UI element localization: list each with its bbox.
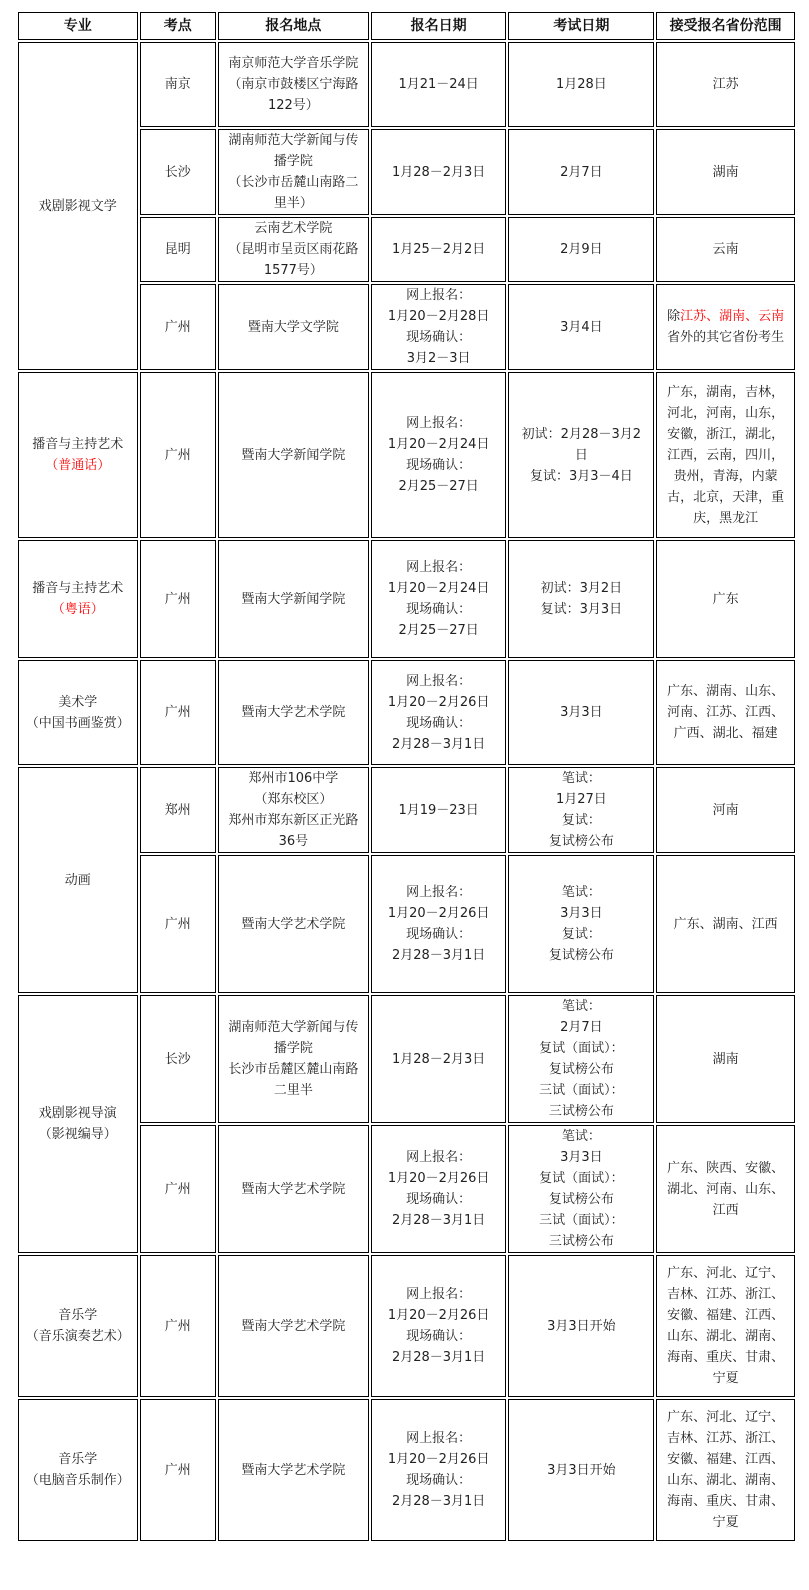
cell-accepted-provinces: 除江苏、湖南、云南省外的其它省份考生 [656, 284, 795, 370]
cell-accepted-provinces-line: 广东、湖南、江西 [663, 914, 788, 935]
cell-major: 播音与主持艺术（粤语） [18, 540, 138, 658]
cell-registration-date-line: 网上报名： [378, 882, 500, 903]
cell-registration-date: 1月19－23日 [371, 767, 507, 853]
cell-registration-date-line: 2月28－3月1日 [378, 1210, 500, 1231]
cell-registration-date-line: 1月20－2月26日 [378, 1168, 500, 1189]
cell-registration-date-line: 现场确认： [378, 1189, 500, 1210]
cell-registration-date: 网上报名：1月20－2月26日现场确认：2月28－3月1日 [371, 855, 507, 993]
exam-schedule-table: 专业 考点 报名地点 报名日期 考试日期 接受报名省份范围 戏剧影视文学南京南京… [16, 10, 797, 1543]
cell-registration-date-line: 1月19－23日 [378, 800, 500, 821]
cell-registration-date-line: 2月28－3月1日 [378, 1347, 500, 1368]
cell-exam-date-line: 复试榜公布 [515, 1189, 647, 1210]
cell-exam-date-line: 2月7日 [515, 162, 647, 183]
cell-registration-date-line: 1月25－2月2日 [378, 239, 500, 260]
cell-accepted-provinces-line: 江苏 [663, 74, 788, 95]
cell-site: 南京 [140, 42, 216, 127]
cell-accepted-provinces: 广东 [656, 540, 795, 658]
cell-site: 长沙 [140, 995, 216, 1123]
cell-exam-date-line: 3月3日 [515, 903, 647, 924]
major-line: 美术学 [25, 692, 131, 713]
major-line: 播音与主持艺术 [25, 434, 131, 455]
cell-exam-date-line: 笔试： [515, 768, 647, 789]
cell-registration-place-line: （昆明市呈贡区雨花路1577号） [225, 239, 362, 281]
cell-exam-date: 笔试：3月3日复试（面试）：复试榜公布三试（面试）：三试榜公布 [508, 1125, 654, 1253]
cell-registration-place-line: 暨南大学艺术学院 [225, 1316, 362, 1337]
cell-exam-date-line: 复试榜公布 [515, 945, 647, 966]
major-line: （中国书画鉴赏） [25, 713, 131, 734]
header-registration-place: 报名地点 [218, 12, 369, 40]
cell-registration-date: 网上报名：1月20－2月26日现场确认：2月28－3月1日 [371, 1399, 507, 1541]
cell-registration-place-line: 暨南大学艺术学院 [225, 1460, 362, 1481]
cell-registration-date-line: 现场确认： [378, 713, 500, 734]
major-line: 动画 [25, 870, 131, 891]
cell-registration-date-line: 网上报名： [378, 671, 500, 692]
cell-registration-date-line: 现场确认： [378, 1326, 500, 1347]
major-line: （电脑音乐制作） [25, 1470, 131, 1491]
cell-registration-place: 暨南大学艺术学院 [218, 1255, 369, 1397]
cell-accepted-provinces-line: 广东、河北、辽宁、吉林、江苏、浙江、安徽、福建、江西、山东、湖北、湖南、海南、重… [663, 1263, 788, 1389]
cell-major: 戏剧影视文学 [18, 42, 138, 370]
cell-registration-date-line: 网上报名： [378, 1284, 500, 1305]
cell-exam-date-line: 复试（面试）： [515, 1038, 647, 1059]
cell-registration-date: 1月28－2月3日 [371, 129, 507, 215]
cell-exam-date: 3月3日 [508, 660, 654, 765]
cell-registration-place: 暨南大学艺术学院 [218, 1399, 369, 1541]
cell-registration-place-line: （郑东校区） [225, 789, 362, 810]
cell-registration-place-line: 郑州市106中学 [225, 768, 362, 789]
cell-registration-date-line: 现场确认： [378, 327, 500, 348]
cell-registration-place-line: （长沙市岳麓山南路二里半） [225, 172, 362, 214]
cell-exam-date: 初试：3月2日复试：3月3日 [508, 540, 654, 658]
cell-registration-date-line: 网上报名： [378, 1428, 500, 1449]
cell-site: 广州 [140, 1399, 216, 1541]
cell-accepted-provinces-line: 云南 [663, 239, 788, 260]
major-line: （影视编导） [25, 1124, 131, 1145]
cell-registration-date-line: 1月20－2月26日 [378, 692, 500, 713]
cell-registration-date: 1月21－24日 [371, 42, 507, 127]
cell-registration-date: 1月25－2月2日 [371, 217, 507, 282]
cell-major: 播音与主持艺术（普通话） [18, 372, 138, 538]
cell-accepted-provinces: 湖南 [656, 995, 795, 1123]
cell-registration-date-line: 1月20－2月24日 [378, 578, 500, 599]
cell-registration-place: 南京师范大学音乐学院（南京市鼓楼区宁海路122号） [218, 42, 369, 127]
cell-exam-date-line: 2月7日 [515, 1017, 647, 1038]
table-row: 音乐学（音乐演奏艺术）广州暨南大学艺术学院网上报名：1月20－2月26日现场确认… [18, 1255, 795, 1397]
cell-registration-place-line: 暨南大学新闻学院 [225, 445, 362, 466]
cell-accepted-provinces: 广东、河北、辽宁、吉林、江苏、浙江、安徽、福建、江西、山东、湖北、湖南、海南、重… [656, 1399, 795, 1541]
cell-site: 广州 [140, 372, 216, 538]
cell-accepted-provinces: 河南 [656, 767, 795, 853]
cell-accepted-provinces-line: 湖南 [663, 1049, 788, 1070]
major-line: 音乐学 [25, 1449, 131, 1470]
cell-registration-date-line: 2月28－3月1日 [378, 734, 500, 755]
cell-registration-date-line: 1月20－2月24日 [378, 434, 500, 455]
cell-accepted-provinces: 云南 [656, 217, 795, 282]
cell-registration-date-line: 1月28－2月3日 [378, 162, 500, 183]
cell-accepted-provinces-line: 湖南 [663, 162, 788, 183]
cell-registration-date: 1月28－2月3日 [371, 995, 507, 1123]
major-line: 戏剧影视导演 [25, 1103, 131, 1124]
table-row: 播音与主持艺术（普通话）广州暨南大学新闻学院网上报名：1月20－2月24日现场确… [18, 372, 795, 538]
cell-registration-place: 暨南大学艺术学院 [218, 1125, 369, 1253]
cell-exam-date-line: 复试（面试）： [515, 1168, 647, 1189]
cell-registration-date-line: 网上报名： [378, 413, 500, 434]
header-row: 专业 考点 报名地点 报名日期 考试日期 接受报名省份范围 [18, 12, 795, 40]
cell-site: 广州 [140, 284, 216, 370]
cell-registration-date-line: 2月28－3月1日 [378, 945, 500, 966]
cell-registration-place-line: 云南艺术学院 [225, 218, 362, 239]
major-line: 音乐学 [25, 1305, 131, 1326]
table-row: 动画郑州郑州市106中学（郑东校区）郑州市郑东新区正光路36号1月19－23日笔… [18, 767, 795, 853]
cell-accepted-provinces: 广东、陕西、安徽、湖北、河南、山东、江西 [656, 1125, 795, 1253]
cell-registration-date-line: 现场确认： [378, 599, 500, 620]
cell-exam-date: 1月28日 [508, 42, 654, 127]
cell-exam-date-line: 3月3日 [515, 1147, 647, 1168]
cell-exam-date-line: 初试：3月2日 [515, 578, 647, 599]
cell-registration-date: 网上报名：1月20－2月26日现场确认：2月28－3月1日 [371, 1255, 507, 1397]
cell-exam-date-line: 笔试： [515, 996, 647, 1017]
cell-exam-date-line: 3月3日开始 [515, 1316, 647, 1337]
cell-exam-date: 笔试：1月27日复试：复试榜公布 [508, 767, 654, 853]
major-line: 播音与主持艺术 [25, 578, 131, 599]
cell-registration-date-line: 网上报名： [378, 285, 500, 306]
cell-major: 戏剧影视导演（影视编导） [18, 995, 138, 1253]
cell-exam-date-line: 复试：3月3日 [515, 599, 647, 620]
cell-accepted-provinces-line: 河南 [663, 800, 788, 821]
cell-registration-place: 湖南师范大学新闻与传播学院长沙市岳麓区麓山南路二里半 [218, 995, 369, 1123]
cell-accepted-provinces-line: 广东，湖南，吉林，河北，河南，山东，安徽，浙江，湖北，江西，云南，四川，贵州，青… [663, 382, 788, 529]
cell-exam-date-line: 笔试： [515, 1126, 647, 1147]
cell-registration-date-line: 网上报名： [378, 1147, 500, 1168]
cell-registration-date: 网上报名：1月20－2月24日现场确认：2月25－27日 [371, 540, 507, 658]
cell-exam-date-line: 复试榜公布 [515, 831, 647, 852]
cell-exam-date-line: 三试榜公布 [515, 1101, 647, 1122]
cell-accepted-provinces: 广东、湖南、山东、河南、江苏、江西、广西、湖北、福建 [656, 660, 795, 765]
cell-major: 美术学（中国书画鉴赏） [18, 660, 138, 765]
cell-accepted-provinces: 湖南 [656, 129, 795, 215]
header-major: 专业 [18, 12, 138, 40]
cell-site: 广州 [140, 660, 216, 765]
cell-registration-date-line: 1月20－2月26日 [378, 1305, 500, 1326]
cell-registration-place: 暨南大学新闻学院 [218, 540, 369, 658]
major-line: 戏剧影视文学 [25, 196, 131, 217]
cell-registration-place-line: 湖南师范大学新闻与传播学院 [225, 130, 362, 172]
cell-registration-date-line: 1月28－2月3日 [378, 1049, 500, 1070]
cell-exam-date-line: 三试榜公布 [515, 1231, 647, 1252]
cell-registration-date-line: 1月21－24日 [378, 74, 500, 95]
cell-exam-date-line: 三试（面试）： [515, 1210, 647, 1231]
cell-registration-place-line: 南京师范大学音乐学院 [225, 53, 362, 74]
header-accepted-provinces: 接受报名省份范围 [656, 12, 795, 40]
cell-exam-date-line: 复试： [515, 810, 647, 831]
cell-exam-date-line: 复试榜公布 [515, 1059, 647, 1080]
cell-registration-place-line: 暨南大学艺术学院 [225, 702, 362, 723]
cell-exam-date: 3月3日开始 [508, 1399, 654, 1541]
cell-accepted-provinces-line: 广东 [663, 589, 788, 610]
cell-exam-date-line: 三试（面试）： [515, 1080, 647, 1101]
cell-registration-date-line: 2月25－27日 [378, 476, 500, 497]
cell-registration-place-line: 湖南师范大学新闻与传播学院 [225, 1017, 362, 1059]
cell-exam-date-line: 复试：3月3－4日 [515, 466, 647, 487]
cell-registration-place-line: 暨南大学艺术学院 [225, 914, 362, 935]
cell-site: 广州 [140, 1125, 216, 1253]
cell-exam-date-line: 1月27日 [515, 789, 647, 810]
cell-accepted-provinces: 广东、河北、辽宁、吉林、江苏、浙江、安徽、福建、江西、山东、湖北、湖南、海南、重… [656, 1255, 795, 1397]
cell-exam-date: 3月4日 [508, 284, 654, 370]
cell-exam-date: 2月9日 [508, 217, 654, 282]
cell-site: 昆明 [140, 217, 216, 282]
provinces-prefix: 除 [667, 309, 680, 324]
cell-site: 广州 [140, 540, 216, 658]
cell-accepted-provinces-line: 广东、河北、辽宁、吉林、江苏、浙江、安徽、福建、江西、山东、湖北、湖南、海南、重… [663, 1407, 788, 1533]
cell-registration-date: 网上报名：1月20－2月28日现场确认：3月2－3日 [371, 284, 507, 370]
cell-registration-date-line: 2月25－27日 [378, 620, 500, 641]
major-note: （粤语） [25, 599, 131, 620]
cell-registration-date-line: 现场确认： [378, 924, 500, 945]
cell-accepted-provinces: 广东、湖南、江西 [656, 855, 795, 993]
cell-exam-date: 2月7日 [508, 129, 654, 215]
cell-major: 音乐学（电脑音乐制作） [18, 1399, 138, 1541]
cell-site: 广州 [140, 1255, 216, 1397]
cell-registration-place-line: （南京市鼓楼区宁海路122号） [225, 74, 362, 116]
cell-registration-date-line: 网上报名： [378, 557, 500, 578]
cell-accepted-provinces-line: 广东、陕西、安徽、湖北、河南、山东、江西 [663, 1158, 788, 1221]
cell-exam-date: 3月3日开始 [508, 1255, 654, 1397]
table-row: 美术学（中国书画鉴赏）广州暨南大学艺术学院网上报名：1月20－2月26日现场确认… [18, 660, 795, 765]
cell-registration-date: 网上报名：1月20－2月24日现场确认：2月25－27日 [371, 372, 507, 538]
cell-site: 郑州 [140, 767, 216, 853]
cell-registration-date: 网上报名：1月20－2月26日现场确认：2月28－3月1日 [371, 1125, 507, 1253]
cell-major: 音乐学（音乐演奏艺术） [18, 1255, 138, 1397]
header-registration-date: 报名日期 [371, 12, 507, 40]
cell-exam-date: 笔试：2月7日复试（面试）：复试榜公布三试（面试）：三试榜公布 [508, 995, 654, 1123]
cell-registration-place: 暨南大学艺术学院 [218, 660, 369, 765]
table-row: 播音与主持艺术（粤语）广州暨南大学新闻学院网上报名：1月20－2月24日现场确认… [18, 540, 795, 658]
provinces-suffix: 省外的其它省份考生 [667, 330, 784, 345]
cell-registration-date-line: 3月2－3日 [378, 348, 500, 369]
cell-exam-date-line: 3月3日 [515, 702, 647, 723]
table-row: 戏剧影视文学南京南京师范大学音乐学院（南京市鼓楼区宁海路122号）1月21－24… [18, 42, 795, 127]
cell-exam-date-line: 初试：2月28－3月2日 [515, 424, 647, 466]
cell-registration-place-line: 暨南大学文学院 [225, 317, 362, 338]
cell-exam-date-line: 笔试： [515, 882, 647, 903]
header-exam-date: 考试日期 [508, 12, 654, 40]
cell-accepted-provinces-line: 广东、湖南、山东、河南、江苏、江西、广西、湖北、福建 [663, 681, 788, 744]
cell-registration-place-line: 长沙市岳麓区麓山南路二里半 [225, 1059, 362, 1101]
cell-registration-place: 暨南大学艺术学院 [218, 855, 369, 993]
cell-major: 动画 [18, 767, 138, 993]
cell-accepted-provinces: 江苏 [656, 42, 795, 127]
cell-registration-date-line: 1月20－2月28日 [378, 306, 500, 327]
cell-accepted-provinces: 广东，湖南，吉林，河北，河南，山东，安徽，浙江，湖北，江西，云南，四川，贵州，青… [656, 372, 795, 538]
cell-registration-date-line: 2月28－3月1日 [378, 1491, 500, 1512]
cell-registration-place: 暨南大学新闻学院 [218, 372, 369, 538]
cell-registration-date-line: 现场确认： [378, 1470, 500, 1491]
major-note: （普通话） [25, 455, 131, 476]
cell-registration-place-line: 暨南大学新闻学院 [225, 589, 362, 610]
cell-exam-date-line: 3月4日 [515, 317, 647, 338]
table-row: 戏剧影视导演（影视编导）长沙湖南师范大学新闻与传播学院长沙市岳麓区麓山南路二里半… [18, 995, 795, 1123]
cell-registration-date-line: 现场确认： [378, 455, 500, 476]
cell-exam-date: 笔试：3月3日复试：复试榜公布 [508, 855, 654, 993]
cell-registration-date-line: 1月20－2月26日 [378, 1449, 500, 1470]
cell-exam-date: 初试：2月28－3月2日复试：3月3－4日 [508, 372, 654, 538]
cell-registration-place-line: 郑州市郑东新区正光路36号 [225, 810, 362, 852]
table-body: 戏剧影视文学南京南京师范大学音乐学院（南京市鼓楼区宁海路122号）1月21－24… [18, 42, 795, 1541]
cell-exam-date-line: 1月28日 [515, 74, 647, 95]
cell-registration-place: 郑州市106中学（郑东校区）郑州市郑东新区正光路36号 [218, 767, 369, 853]
schedule-table-container: 专业 考点 报名地点 报名日期 考试日期 接受报名省份范围 戏剧影视文学南京南京… [16, 10, 797, 1543]
cell-registration-place: 湖南师范大学新闻与传播学院（长沙市岳麓山南路二里半） [218, 129, 369, 215]
cell-registration-date-line: 1月20－2月26日 [378, 903, 500, 924]
table-row: 音乐学（电脑音乐制作）广州暨南大学艺术学院网上报名：1月20－2月26日现场确认… [18, 1399, 795, 1541]
cell-exam-date-line: 复试： [515, 924, 647, 945]
major-line: （音乐演奏艺术） [25, 1326, 131, 1347]
provinces-excluded: 江苏、湖南、云南 [680, 309, 784, 324]
cell-site: 长沙 [140, 129, 216, 215]
cell-registration-place: 暨南大学文学院 [218, 284, 369, 370]
cell-exam-date-line: 2月9日 [515, 239, 647, 260]
cell-registration-date: 网上报名：1月20－2月26日现场确认：2月28－3月1日 [371, 660, 507, 765]
cell-registration-place: 云南艺术学院（昆明市呈贡区雨花路1577号） [218, 217, 369, 282]
header-site: 考点 [140, 12, 216, 40]
cell-registration-place-line: 暨南大学艺术学院 [225, 1179, 362, 1200]
cell-site: 广州 [140, 855, 216, 993]
cell-exam-date-line: 3月3日开始 [515, 1460, 647, 1481]
